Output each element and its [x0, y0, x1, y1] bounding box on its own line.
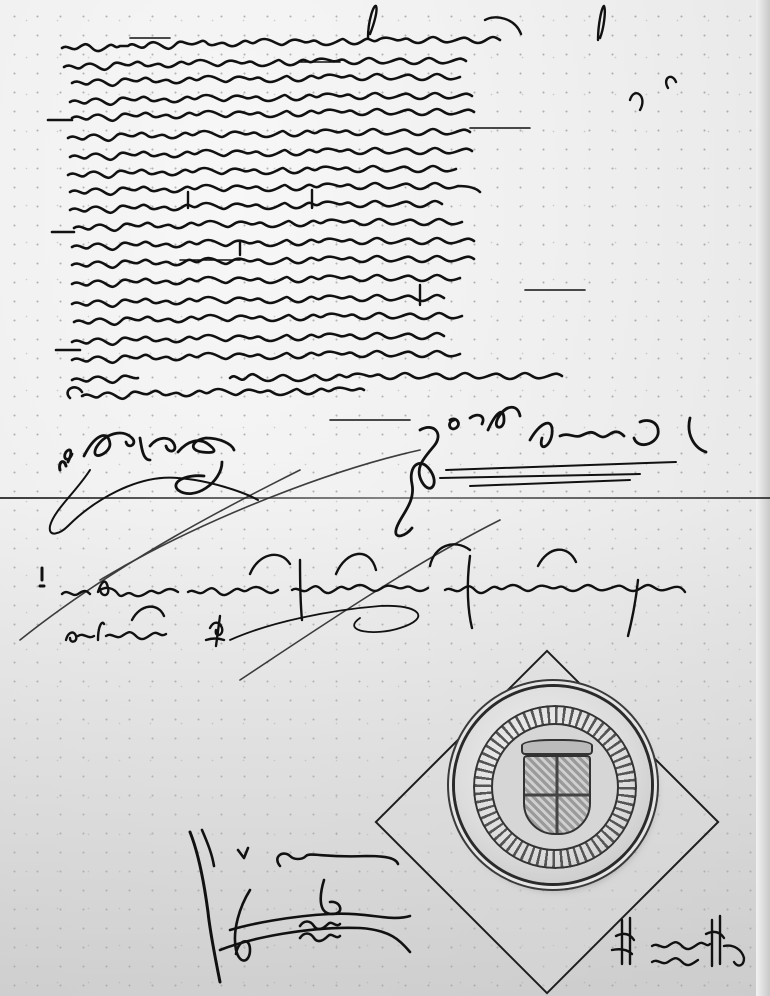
manuscript-page: a xxxi dias del mes de março año del nas…	[0, 0, 770, 996]
bottom-rubrics	[0, 0, 770, 996]
rubric-bottom-left	[190, 830, 410, 982]
rubric-bottom-right	[612, 916, 744, 966]
